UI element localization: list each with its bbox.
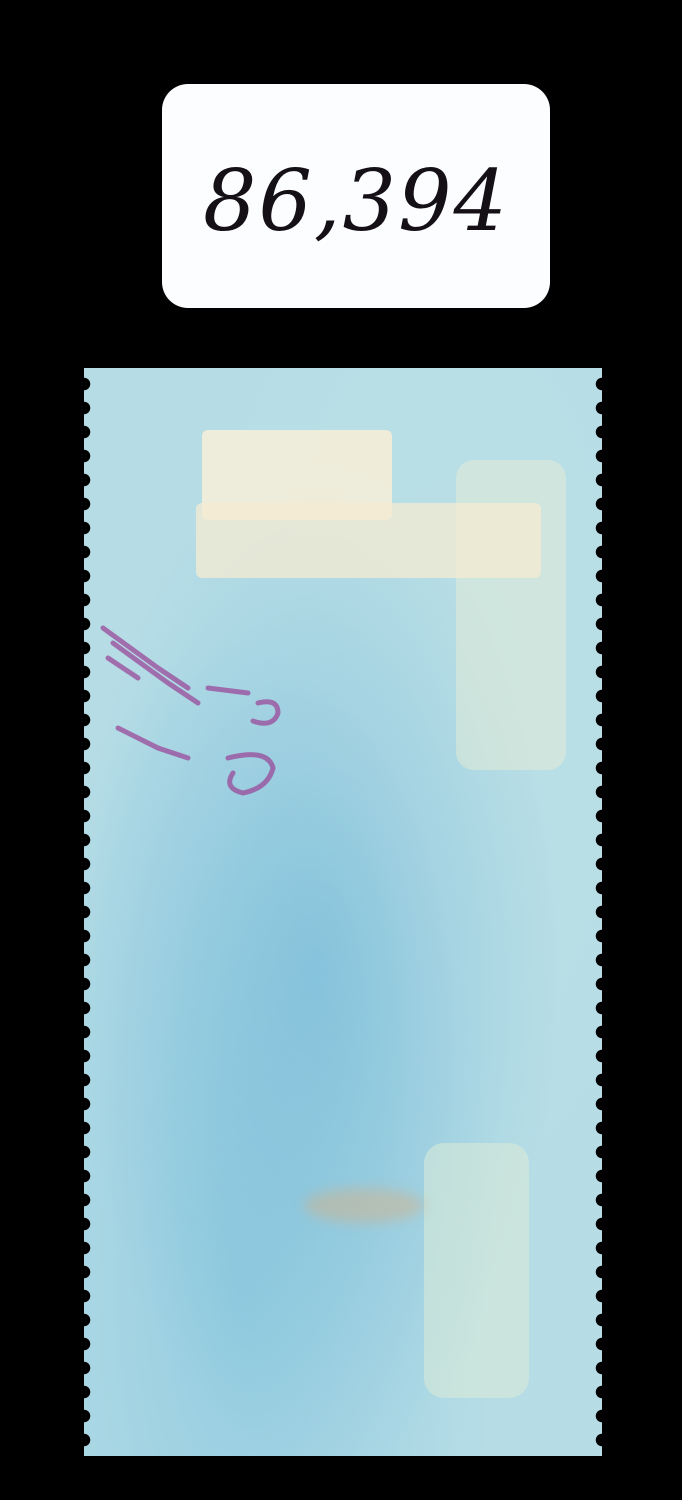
hinge-remnant <box>196 503 541 578</box>
inventory-label: 86,394 <box>162 84 550 308</box>
toning-stain <box>304 1188 424 1223</box>
hinge-remnant <box>424 1143 529 1398</box>
stamp-back <box>84 368 602 1456</box>
inventory-number: 86,394 <box>203 152 509 250</box>
cancellation-mark <box>98 608 308 808</box>
